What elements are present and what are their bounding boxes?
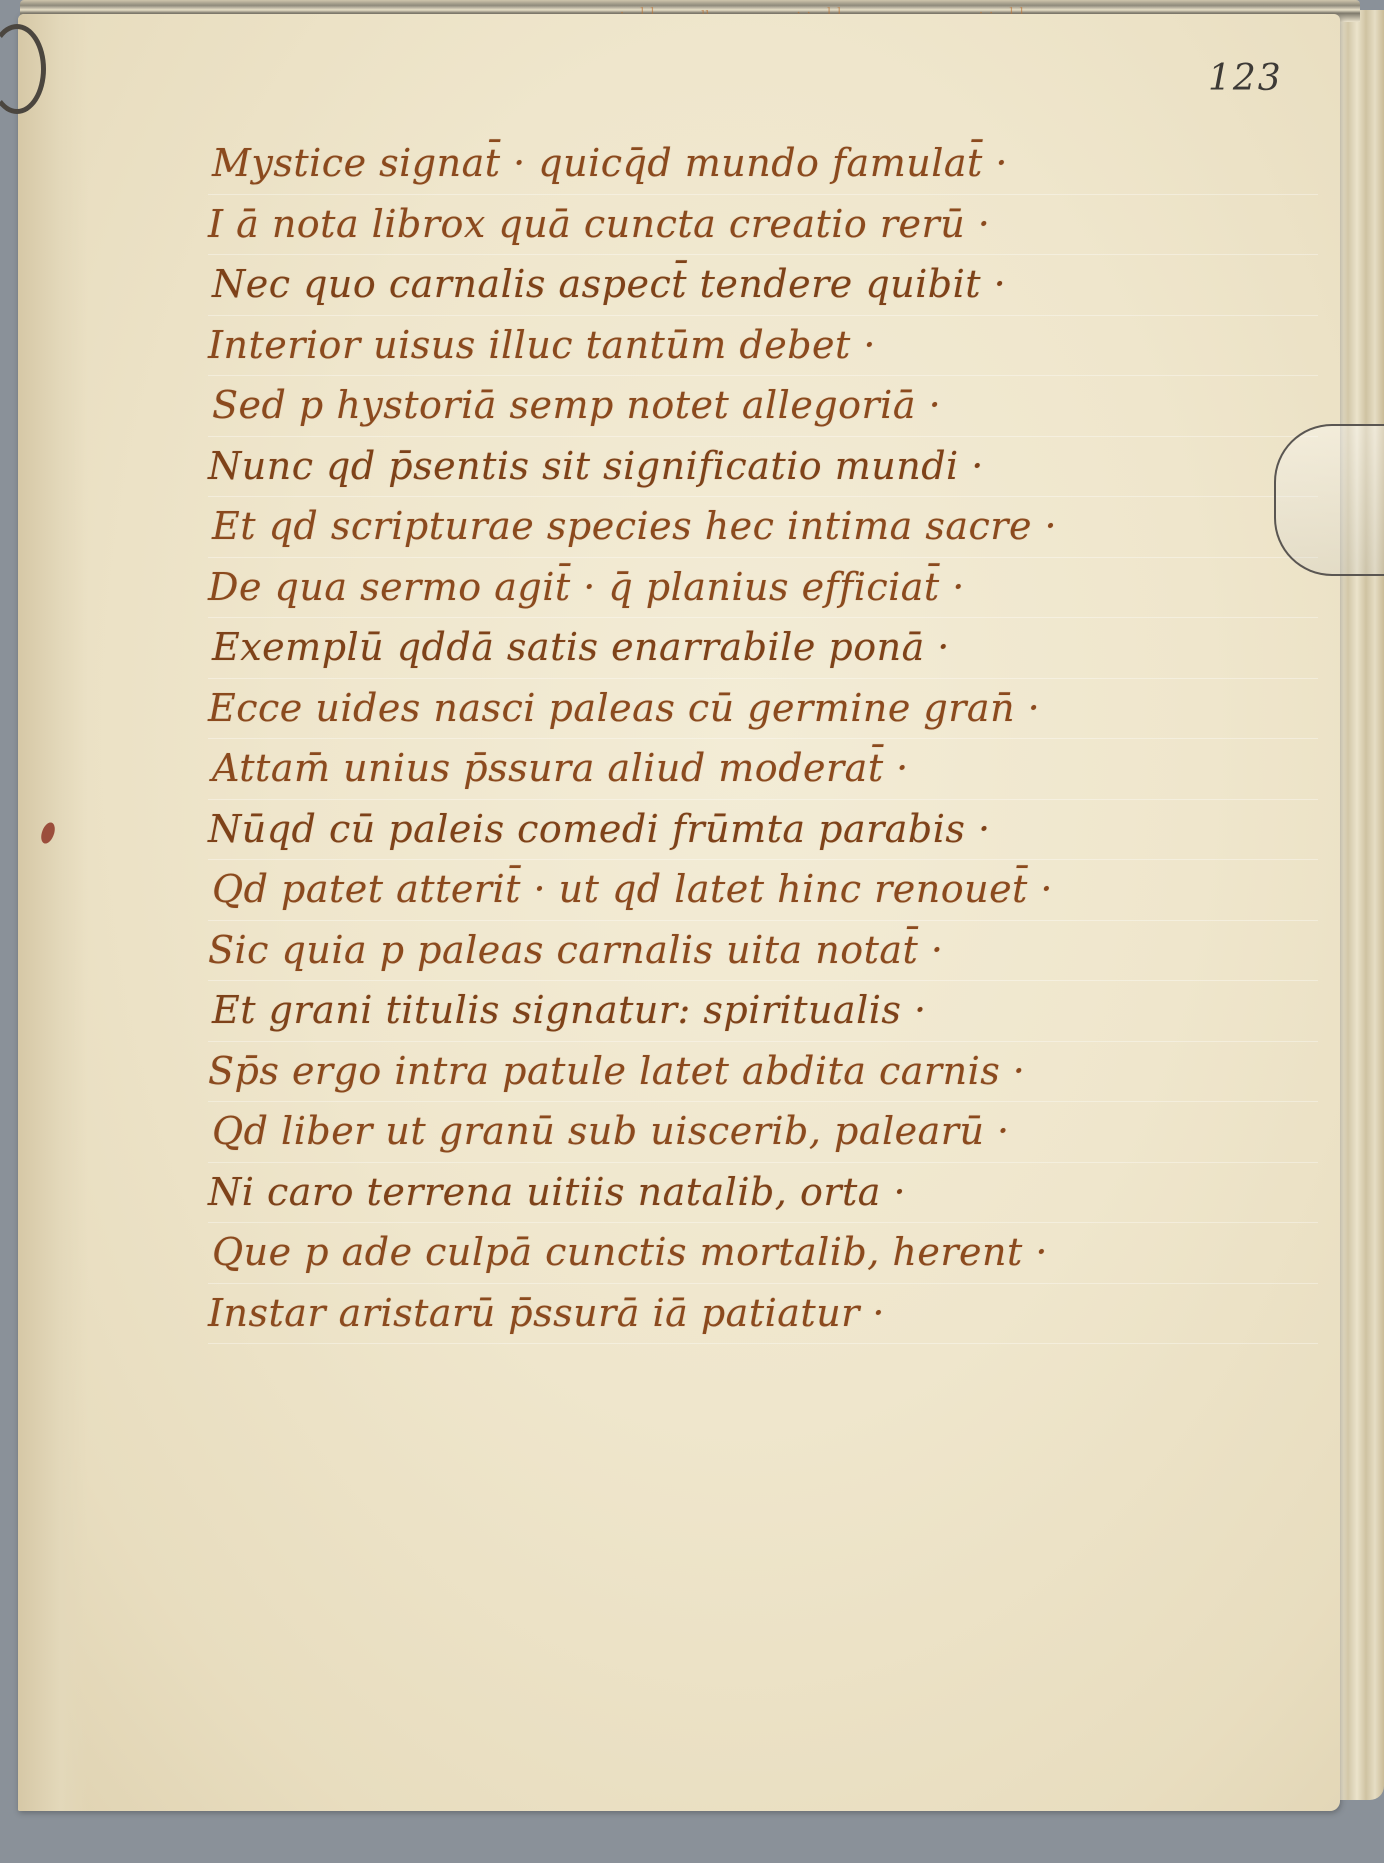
verse-line: Sp̄s ergo intra patule latet abdita carn… — [208, 1042, 1318, 1103]
verse-line: I ā nota librox quā cuncta creatio rer… — [208, 195, 1318, 256]
binding-gutter — [18, 14, 88, 1811]
verse-line: Nec quo carnalis aspect̄ tendere quibit … — [208, 255, 1318, 316]
verse-line: Ecce uides nasci paleas cū germine gran… — [208, 679, 1318, 740]
verse-line: Qd patet atterit̄ · ut qd latet hinc ren… — [208, 860, 1318, 921]
verse-line: Et qd scripturae species hec intima sacr… — [208, 497, 1318, 558]
verse-line: De qua sermo agit̄ · q̄ planius efficiat… — [208, 558, 1318, 619]
verse-line: Sic quia p paleas carnalis uita notat̄ · — [208, 921, 1318, 982]
verse-line: Attam̄ unius p̄ssura aliud moderat̄ · — [208, 739, 1318, 800]
verse-line: Qd liber ut granū sub uiscerib, palearu… — [208, 1102, 1318, 1163]
verse-line: Mystice signat̄ · quicq̄d mundo famulat̄… — [208, 134, 1318, 195]
manuscript-folio: 123 Mystice signat̄ · quicq̄d mundo famu… — [18, 14, 1340, 1811]
folio-number: 123 — [1208, 58, 1283, 99]
verse-line: Sed p hystoriā semp notet allegoriā · — [208, 376, 1318, 437]
verse-line: Que p ade culpā cunctis mortalib, heren… — [208, 1223, 1318, 1284]
glass-page-weight — [1274, 424, 1384, 576]
verse-line: Instar aristarū p̄ssurā iā patiatur · — [208, 1284, 1318, 1345]
verse-line: Exemplū qddā satis enarrabile ponā · — [208, 618, 1318, 679]
verse-text-block: Mystice signat̄ · quicq̄d mundo famulat̄… — [208, 134, 1318, 1344]
verse-line: Interior uisus illuc tantūm debet · — [208, 316, 1318, 377]
verse-line: Nūqd cū paleis comedi frūmta parabis … — [208, 800, 1318, 861]
verse-line: Ni caro terrena uitiis natalib, orta · — [208, 1163, 1318, 1224]
verse-line: Et grani titulis signatur: spiritualis · — [208, 981, 1318, 1042]
verse-line: Nunc qd p̄sentis sit significatio mundi … — [208, 437, 1318, 498]
